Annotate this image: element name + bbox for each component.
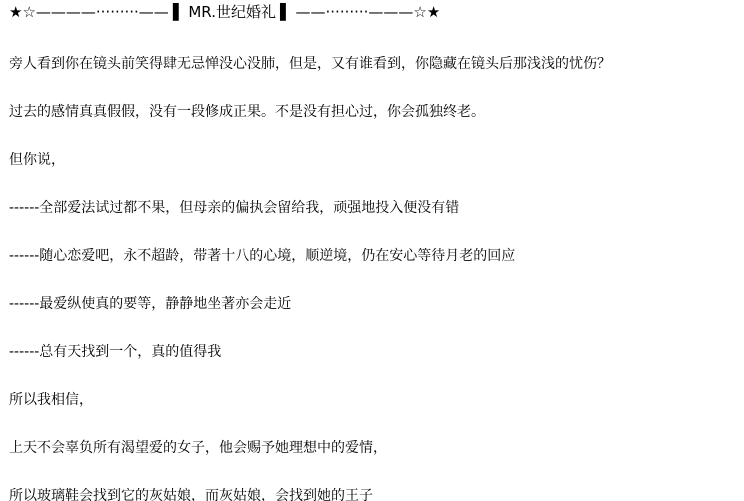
page-title: MR.世纪婚礼 [188, 3, 276, 21]
header-separator-bar-left: ▌ [169, 3, 189, 21]
header-decoration-right: ——·········———☆★ [296, 3, 441, 21]
paragraph: 过去的感情真真假假，没有一段修成正果。不是没有担心过，你会孤独终老。 [9, 105, 736, 119]
decorative-header: ★☆————·········——▌MR.世纪婚礼▌——·········———… [9, 3, 736, 22]
paragraph: 所以玻璃鞋会找到它的灰姑娘，而灰姑娘，会找到她的王子 [9, 489, 736, 501]
header-decoration-left: ★☆————·········—— [9, 3, 169, 21]
paragraph: ------最爱纵使真的要等，静静地坐著亦会走近 [9, 297, 736, 311]
paragraph: 上天不会辜负所有渴望爱的女子，他会赐予她理想中的爱情， [9, 441, 736, 455]
paragraph: ------全部爱法试过都不果，但母亲的偏执会留给我，顽强地投入便没有错 [9, 201, 736, 215]
document-page: ★☆————·········——▌MR.世纪婚礼▌——·········———… [0, 0, 744, 501]
header-separator-bar-right: ▌ [276, 3, 296, 21]
paragraph: 所以我相信， [9, 393, 736, 407]
paragraph: 旁人看到你在镜头前笑得肆无忌惮没心没肺，但是，又有谁看到，你隐藏在镜头后那浅浅的… [9, 57, 736, 71]
paragraph: ------随心恋爱吧，永不超龄，带著十八的心境，顺逆境，仍在安心等待月老的回应 [9, 249, 736, 263]
paragraph: 但你说， [9, 153, 736, 167]
paragraph: ------总有天找到一个，真的值得我 [9, 345, 736, 359]
